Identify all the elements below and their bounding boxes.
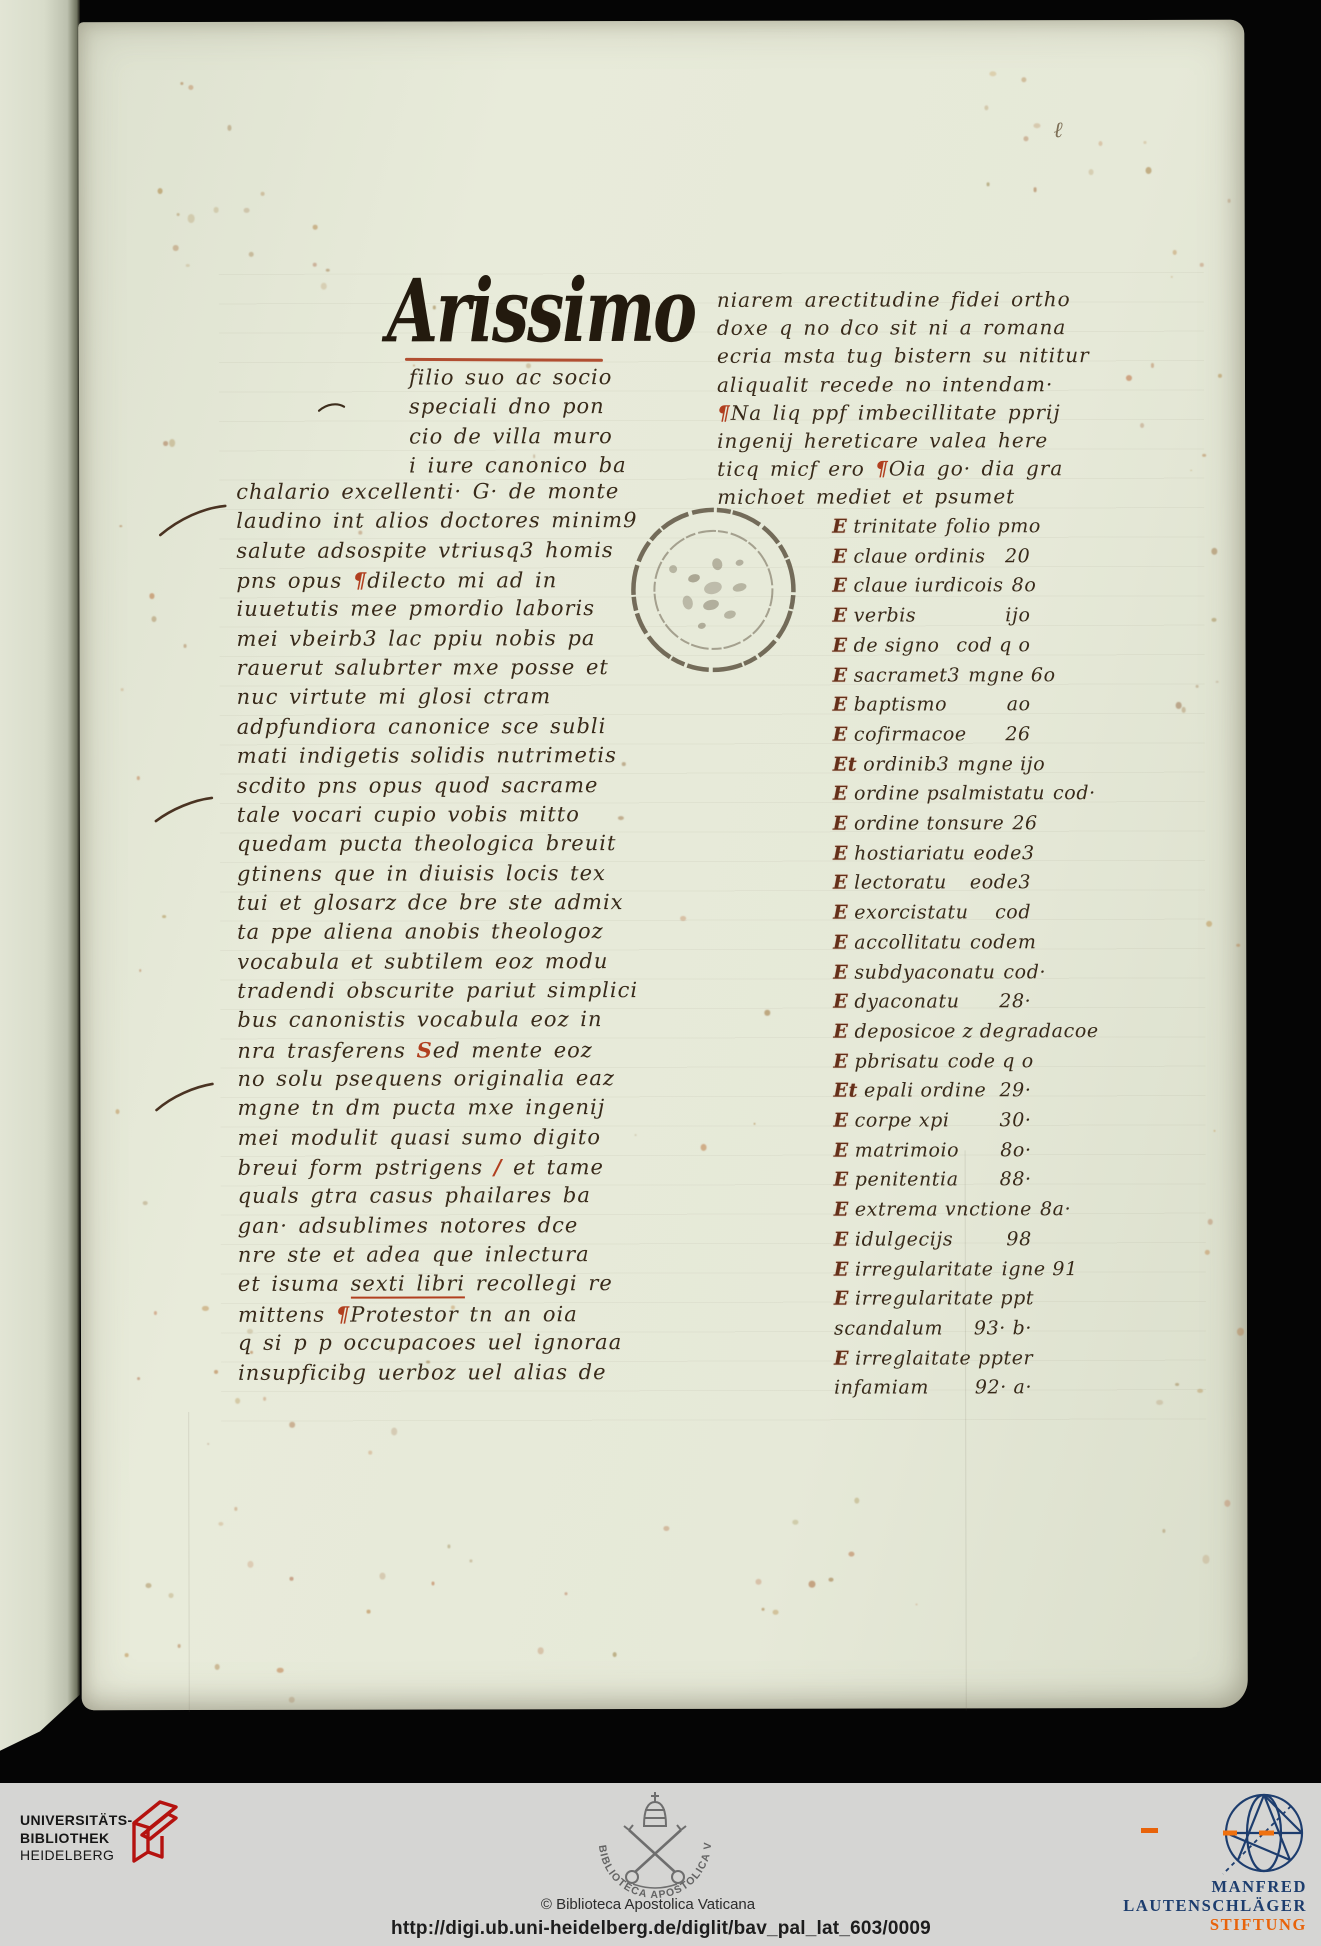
- foxing-spot: [120, 525, 123, 527]
- entry-folio-ref: 26: [997, 723, 1030, 745]
- entry-text: baptismo: [854, 694, 947, 716]
- entry-folio-ref: 93· b·: [966, 1317, 1032, 1339]
- entry-folio-ref: eode3: [965, 842, 1034, 864]
- manuscript-line: mgne tn dm pucta mxe ingenij: [237, 1095, 605, 1120]
- entry-text: ordinib3: [863, 753, 949, 775]
- foxing-spot: [366, 1610, 370, 1614]
- entry-initial: E: [832, 605, 847, 627]
- foxing-spot: [121, 688, 123, 691]
- index-entry-row: Eidulgecijs98: [834, 1228, 1032, 1250]
- entry-initial: E: [834, 1347, 849, 1369]
- entry-folio-ref: 98: [998, 1228, 1031, 1250]
- entry-folio-ref: cod: [987, 901, 1031, 923]
- foxing-spot: [1206, 921, 1212, 927]
- manuscript-line: speciali dno pon: [409, 395, 605, 419]
- foxing-spot: [1224, 1500, 1231, 1508]
- foxing-spot: [138, 1377, 141, 1380]
- foxing-spot: [772, 1609, 778, 1615]
- foxing-spots: [78, 20, 1244, 22]
- index-entry-row: Ebaptismoao: [833, 693, 1031, 715]
- entry-initial: E: [834, 1199, 849, 1221]
- manuscript-line: i iure canonico ba: [409, 453, 627, 477]
- foxing-spot: [1196, 685, 1199, 688]
- entry-text: ordine psalmistatu: [854, 782, 1045, 804]
- foxing-spot: [214, 207, 219, 212]
- orange-dash-icon: [1141, 1828, 1158, 1833]
- foxing-spot: [1163, 1529, 1166, 1533]
- manuscript-line: no solu psequens originalia eaz: [237, 1066, 615, 1091]
- index-entry-row: Electoratueode3: [833, 872, 1031, 894]
- foxing-spot: [537, 1648, 544, 1655]
- foxing-spot: [313, 225, 319, 230]
- entry-text: verbis: [854, 605, 917, 627]
- entry-folio-ref: 8o: [1004, 575, 1037, 597]
- entry-initial: E: [833, 694, 848, 716]
- foxing-spot: [277, 1668, 283, 1673]
- entry-folio-ref: 29·: [991, 1080, 1031, 1102]
- entry-text: corpe xpi: [855, 1109, 950, 1131]
- foxing-spot: [1140, 423, 1144, 428]
- foxing-spot: [764, 1010, 770, 1016]
- index-entry-row: Eirregularitateigne 91: [834, 1258, 1032, 1280]
- entry-text: accollitatu: [854, 931, 962, 953]
- foxing-spot: [380, 1573, 386, 1579]
- index-entry-row: scandalum93· b·: [834, 1317, 1032, 1339]
- entry-text: sacramet3: [854, 664, 961, 686]
- index-entry-row: infamiam92· a·: [834, 1377, 1032, 1399]
- entry-folio-ref: 8a·: [1032, 1198, 1071, 1220]
- foxing-spot: [984, 105, 988, 110]
- entry-initial: E: [833, 1050, 848, 1072]
- foxing-spot: [177, 213, 180, 216]
- manuscript-line: gtinens que in diuisis locis tex: [237, 861, 606, 886]
- entry-text: epali ordine: [864, 1080, 986, 1102]
- manuscript-line: mei modulit quasi sumo digito: [238, 1125, 601, 1150]
- entry-text: hostiariatu: [854, 842, 965, 864]
- foxing-spot: [855, 1498, 860, 1504]
- ub-line3: HEIDELBERG: [20, 1847, 133, 1865]
- entry-text: cofirmacoe: [854, 723, 967, 745]
- foxing-spot: [634, 1134, 636, 1136]
- foxing-spot: [1144, 141, 1147, 143]
- foxing-spot: [325, 268, 329, 271]
- entry-initial: E: [833, 664, 848, 686]
- library-stamp-icon: [627, 504, 799, 676]
- entry-text: subdyaconatu: [854, 961, 995, 983]
- vatican-arc-text: BIBLIOTECA APOSTOLICA VATICANA: [596, 1837, 714, 1901]
- manuscript-line: pns opus ¶dilecto mi ad in: [236, 567, 557, 593]
- manuscript-line: niarem arectitudine fidei ortho: [717, 287, 1071, 312]
- index-entry-row: Eclaue ordinis20: [832, 545, 1030, 567]
- index-entry-row: Ecorpe xpi30·: [834, 1109, 1032, 1131]
- foxing-spot: [320, 282, 326, 289]
- foxing-spot: [1202, 1555, 1209, 1564]
- index-entry-row: Eordine psalmistatucod·: [833, 783, 1031, 805]
- index-entry-row: Eclaue iurdicois8o: [832, 575, 1030, 597]
- foxing-spot: [289, 1696, 295, 1702]
- foxing-spot: [753, 1122, 755, 1125]
- index-entry-row: Esacramet3mgne 6o: [833, 664, 1031, 686]
- manuscript-line: iuuetutis mee pmordio laboris: [236, 597, 595, 622]
- manuscript-line: insupficibg uerboz uel alias de: [238, 1360, 607, 1385]
- entry-folio-ref: code q o: [940, 1050, 1034, 1072]
- entry-text: scandalum: [834, 1317, 943, 1339]
- manuscript-line: mei vbeirb3 lac ppiu nobis pa: [236, 626, 595, 651]
- ub-line2: BIBLIOTHEK: [20, 1830, 133, 1848]
- vatican-library-emblem-icon: BIBLIOTECA APOSTOLICA VATICANA: [585, 1788, 725, 1900]
- foxing-spot: [187, 214, 194, 223]
- index-entry-row: Edeposicoe z degradacoe: [833, 1020, 1031, 1042]
- manuscript-line: gan· adsublimes notores dce: [238, 1213, 579, 1238]
- foxing-spot: [447, 1545, 451, 1549]
- foxing-spot: [1202, 454, 1206, 457]
- foxing-spot: [622, 763, 626, 766]
- foxing-spot: [181, 82, 184, 85]
- foxing-spot: [1213, 1130, 1216, 1132]
- manuscript-line: ta ppe aliena anobis theologoz: [237, 919, 604, 944]
- entry-folio-ref: 26: [1004, 812, 1037, 834]
- index-entry-row: Ematrimoio8o·: [834, 1139, 1032, 1161]
- index-entry-row: Eextrema vnctione8a·: [834, 1198, 1032, 1220]
- entry-initial: E: [832, 575, 847, 597]
- foxing-spot: [188, 85, 193, 90]
- foxing-spot: [163, 441, 168, 446]
- entry-initial: E: [834, 1169, 849, 1191]
- manuscript-line: ecria msta tug bistern su nititur: [717, 343, 1090, 368]
- foxing-spot: [1099, 141, 1103, 146]
- margin-stroke: [154, 794, 216, 826]
- entry-initial: E: [832, 516, 847, 538]
- entry-text: claue iurdicois: [853, 575, 1003, 597]
- foxing-spot: [1172, 250, 1177, 255]
- foxing-spot: [1199, 263, 1204, 267]
- foxing-spot: [1237, 1328, 1244, 1335]
- entry-folio-ref: 92· a·: [967, 1377, 1032, 1399]
- digitized-manuscript-viewer: ℓ Arissimo filio suo ac sociospeciali dn…: [0, 0, 1321, 1946]
- entry-text: de signo: [854, 634, 940, 656]
- index-entry-row: Eordine tonsure26: [833, 812, 1031, 834]
- index-entry-row: Ede signocod q o: [833, 634, 1031, 656]
- entry-folio-ref: igne 91: [994, 1258, 1078, 1280]
- source-url: http://digi.ub.uni-heidelberg.de/diglit/…: [361, 1918, 961, 1940]
- foxing-spot: [1024, 136, 1028, 141]
- foxing-spot: [986, 182, 990, 186]
- foxing-spot: [116, 1109, 120, 1114]
- ub-line1: UNIVERSITÄTS-: [20, 1812, 133, 1830]
- entry-folio-ref: 8o·: [992, 1139, 1031, 1161]
- foxing-spot: [1212, 618, 1217, 622]
- foxing-spot: [149, 593, 154, 599]
- entry-text: exorcistatu: [854, 901, 968, 923]
- fold-line: [188, 1412, 190, 1712]
- foxing-spot: [1190, 469, 1192, 471]
- foxing-spot: [564, 1592, 567, 1595]
- entry-folio-ref: codem: [962, 931, 1037, 953]
- index-entry-row: Esubdyaconatucod·: [833, 961, 1031, 983]
- manuscript-line: nuc virtute mi glosi ctram: [237, 685, 552, 710]
- foxing-spot: [227, 125, 231, 130]
- foxing-spot: [151, 616, 157, 623]
- margin-stroke: [154, 1079, 216, 1115]
- entry-initial: E: [832, 545, 847, 567]
- foxing-spot: [1170, 276, 1172, 278]
- foxing-spot: [183, 644, 186, 647]
- entry-initial: E: [833, 724, 848, 746]
- index-entry-row: Ecofirmacoe26: [833, 723, 1031, 745]
- entry-text: irregularitate ppt: [855, 1287, 1034, 1309]
- manuscript-line: mittens ¶Protestor tn an oia: [238, 1301, 578, 1327]
- manuscript-line: quedam pucta theologica breuit: [237, 831, 616, 856]
- foxing-spot: [162, 915, 166, 918]
- manuscript-line: filio suo ac socio: [409, 365, 612, 389]
- entry-initial: E: [834, 1258, 849, 1280]
- foxing-spot: [369, 1450, 372, 1454]
- entry-text: infamiam: [834, 1377, 929, 1399]
- manuscript-line: tale vocari cupio vobis mitto: [237, 802, 580, 827]
- entry-text: claue ordinis: [853, 545, 985, 567]
- foxing-spot: [755, 1579, 761, 1585]
- foxing-spot: [1175, 1383, 1179, 1386]
- foxing-spot: [1176, 702, 1182, 709]
- foxing-spot: [1236, 943, 1240, 947]
- foxing-spot: [829, 1578, 834, 1582]
- foxing-spot: [808, 1580, 815, 1587]
- manuscript-line: salute adsospite vtriusq3 homis: [236, 538, 613, 563]
- footer-bar: UNIVERSITÄTS- BIBLIOTHEK HEIDELBERG: [0, 1783, 1321, 1946]
- foxing-spot: [1089, 169, 1094, 175]
- manuscript-line: cio de villa muro: [409, 424, 613, 448]
- entry-text: trinitate: [853, 515, 937, 537]
- foxing-spot: [391, 1428, 397, 1436]
- foxing-spot: [680, 916, 686, 921]
- entry-folio-ref: 20: [997, 545, 1030, 567]
- foxing-spot: [157, 188, 162, 194]
- index-entry-row: Eaccollitatucodem: [833, 931, 1031, 953]
- incipit-title: Arissimo: [387, 259, 696, 363]
- index-entry-row: Epenitentia88·: [834, 1169, 1032, 1191]
- foxing-spot: [169, 1593, 174, 1598]
- index-entry-row: Etordinib3mgne ijo: [833, 753, 1031, 775]
- index-entry-row: Etrinitatefolio pmo: [832, 515, 1030, 537]
- entry-initial: E: [834, 1110, 849, 1132]
- entry-folio-ref: eode3: [962, 872, 1031, 894]
- entry-folio-ref: 28·: [991, 990, 1031, 1012]
- foxing-spot: [915, 1603, 917, 1605]
- entry-folio-ref: cod·: [995, 961, 1046, 983]
- foxing-spot: [313, 263, 317, 267]
- foxing-spot: [169, 439, 175, 447]
- foxing-spot: [1022, 77, 1027, 83]
- manuscript-line: tui et glosarz dce bre ste admix: [237, 890, 623, 915]
- foxing-spot: [761, 1608, 764, 1611]
- foxing-spot: [142, 1201, 147, 1206]
- foxing-spot: [989, 71, 996, 76]
- foxing-spot: [1216, 681, 1218, 683]
- foxing-spot: [1218, 374, 1222, 378]
- manuscript-line: adpfundiora canonice sce subli: [237, 714, 607, 739]
- manuscript-line: aliqualit recede no intendam·: [717, 372, 1053, 397]
- foxing-spot: [154, 1311, 157, 1315]
- entry-initial: E: [833, 634, 848, 656]
- entry-text: matrimoio: [855, 1139, 960, 1161]
- foxing-spot: [261, 191, 265, 195]
- foxing-spot: [1205, 1250, 1210, 1255]
- manuscript-line: vocabula et subtilem eoz modu: [237, 949, 608, 974]
- entry-folio-ref: 30·: [991, 1109, 1031, 1131]
- index-entry-row: Eirregularitate ppt: [834, 1287, 1032, 1309]
- foxing-spot: [243, 208, 249, 213]
- entry-initial: E: [834, 1139, 849, 1161]
- manuscript-line: mati indigetis solidis nutrimetis: [237, 743, 617, 768]
- manuscript-line: et isuma sexti libri recollegi re: [238, 1272, 613, 1297]
- foxing-spot: [431, 1582, 434, 1586]
- entry-initial: E: [833, 961, 848, 983]
- foxing-spot: [792, 1520, 799, 1525]
- manuscript-line: bus canonistis vocabula eoz in: [237, 1007, 602, 1032]
- foxing-spot: [218, 1522, 223, 1526]
- mls-line1: MANFRED: [1123, 1877, 1307, 1896]
- foxing-spot: [137, 776, 141, 780]
- chapter-index-list: Etrinitatefolio pmoEclaue ordinis20Eclau…: [78, 20, 1244, 22]
- entry-initial: E: [833, 872, 848, 894]
- entry-folio-ref: ijo: [997, 604, 1030, 626]
- dedication-lines: filio suo ac sociospeciali dno poncio de…: [78, 20, 1244, 22]
- entry-initial: E: [834, 1228, 849, 1250]
- mls-wordmark: MANFRED LAUTENSCHLÄGER STIFTUNG: [1123, 1877, 1307, 1934]
- foxing-spot: [248, 251, 253, 256]
- manuscript-line: ¶Na liq ppf imbecillitate pprij: [717, 400, 1061, 425]
- index-entry-row: Edyaconatu28·: [833, 990, 1031, 1012]
- manuscript-line: tradendi obscurite pariut simplici: [237, 978, 638, 1003]
- entry-initial: Et: [833, 1080, 858, 1102]
- foxing-spot: [469, 1560, 472, 1563]
- entry-initial: E: [833, 902, 848, 924]
- entry-folio-ref: mgne ijo: [949, 753, 1045, 775]
- entry-text: extrema vnctione: [855, 1198, 1032, 1220]
- entry-folio-ref: folio pmo: [938, 515, 1041, 537]
- foxing-spot: [700, 1143, 706, 1150]
- foxing-spot: [139, 969, 141, 972]
- foxing-spot: [214, 1370, 218, 1374]
- entry-text: irregularitate: [855, 1258, 994, 1280]
- manuscript-line: ingenij hereticare valea here: [717, 428, 1048, 453]
- manuscript-line: rauerut salubrter mxe posse et: [237, 655, 609, 680]
- entry-initial: E: [834, 1288, 849, 1310]
- right-text-column: niarem arectitudine fidei orthodoxe q no…: [78, 20, 1244, 22]
- entry-folio-ref: cod·: [1045, 782, 1096, 804]
- foxing-spot: [1211, 548, 1218, 556]
- entry-folio-ref: 88·: [992, 1169, 1032, 1191]
- mls-line2: LAUTENSCHLÄGER: [1123, 1896, 1307, 1915]
- foxing-spot: [247, 1561, 253, 1568]
- entry-folio-ref: mgne 6o: [960, 664, 1055, 686]
- index-entry-row: Etepali ordine29·: [833, 1080, 1031, 1102]
- manuscript-line: chalario excellenti· G· de monte: [236, 479, 619, 504]
- manuscript-line: q si p p occupacoes uel ignoraa: [238, 1330, 622, 1355]
- manuscript-line: quals gtra casus phailares ba: [238, 1184, 591, 1209]
- folio-mark: ℓ: [1053, 117, 1062, 143]
- entry-initial: E: [833, 1021, 848, 1043]
- copyright-line: © Biblioteca Apostolica Vaticana: [448, 1896, 848, 1913]
- entry-text: irreglaitate ppter: [855, 1347, 1033, 1369]
- svg-text:BIBLIOTECA APOSTOLICA VATICANA: BIBLIOTECA APOSTOLICA VATICANA: [596, 1837, 714, 1901]
- entry-folio-ref: cod q o: [948, 634, 1030, 656]
- index-entry-row: Epbrisatucode q o: [833, 1050, 1031, 1072]
- foxing-spot: [1145, 167, 1152, 175]
- foxing-spot: [215, 1664, 220, 1670]
- manuscript-line: nra trasferens Sed mente eoz: [237, 1037, 593, 1063]
- manuscript-page: ℓ Arissimo filio suo ac sociospeciali dn…: [78, 20, 1248, 1710]
- manuscript-line: nre ste et adea que inlectura: [238, 1242, 590, 1267]
- ink-flourish: [317, 400, 347, 416]
- left-text-column: chalario excellenti· G· de montelaudino …: [78, 20, 1244, 22]
- manuscript-line: laudino int alios doctores minim9: [236, 508, 637, 533]
- manuscript-line: breui form pstrigens / et tame: [238, 1154, 604, 1180]
- entry-text: idulgecijs: [855, 1228, 953, 1250]
- foxing-spot: [207, 1443, 209, 1445]
- foxing-spot: [1207, 1218, 1212, 1224]
- manuscript-line: ticq micf ero ¶Oia go· dia gra: [717, 456, 1063, 481]
- entry-text: dyaconatu: [854, 991, 959, 1013]
- foxing-spot: [663, 1526, 669, 1531]
- foxing-spot: [186, 264, 190, 268]
- foxing-spot: [1034, 124, 1041, 129]
- foxing-spot: [1227, 199, 1230, 203]
- entry-text: pbrisatu: [854, 1050, 939, 1072]
- entry-initial: E: [833, 842, 848, 864]
- entry-initial: Et: [833, 753, 858, 775]
- foxing-spot: [177, 1644, 181, 1649]
- foxing-spot: [202, 1306, 209, 1312]
- foxing-spot: [172, 245, 178, 252]
- entry-text: penitentia: [855, 1169, 959, 1191]
- foxing-spot: [1033, 188, 1037, 192]
- foxing-spot: [234, 1507, 237, 1510]
- index-entry-row: Eirreglaitate ppter: [834, 1347, 1032, 1369]
- manuscript-line: scdito pns opus quod sacrame: [237, 773, 599, 798]
- mls-line3: STIFTUNG: [1123, 1915, 1307, 1934]
- ub-heidelberg-logo-icon: [118, 1795, 184, 1869]
- foxing-spot: [848, 1551, 855, 1557]
- index-entry-row: Everbisijo: [832, 604, 1030, 626]
- index-entry-row: Ehostiariatueode3: [833, 842, 1031, 864]
- entry-initial: E: [833, 813, 848, 835]
- foxing-spot: [289, 1577, 294, 1580]
- mls-globe-logo-icon: [1221, 1790, 1307, 1876]
- foxing-spot: [146, 1583, 152, 1588]
- entry-initial: E: [833, 931, 848, 953]
- entry-initial: E: [833, 783, 848, 805]
- entry-text: ordine tonsure: [854, 812, 1004, 834]
- manuscript-line: doxe q no dco sit ni a romana: [717, 315, 1066, 340]
- foxing-spot: [612, 1652, 616, 1657]
- book-page-edges: [0, 0, 80, 1756]
- index-entry-row: Eexorcistatucod: [833, 901, 1031, 923]
- ub-heidelberg-wordmark: UNIVERSITÄTS- BIBLIOTHEK HEIDELBERG: [20, 1812, 133, 1865]
- entry-folio-ref: ao: [999, 693, 1031, 715]
- foxing-spot: [125, 1653, 129, 1657]
- entry-initial: E: [833, 991, 848, 1013]
- entry-text: lectoratu: [854, 872, 947, 894]
- foxing-spot: [290, 1421, 296, 1427]
- margin-stroke: [157, 499, 229, 541]
- entry-text: deposicoe z degradacoe: [854, 1020, 1098, 1043]
